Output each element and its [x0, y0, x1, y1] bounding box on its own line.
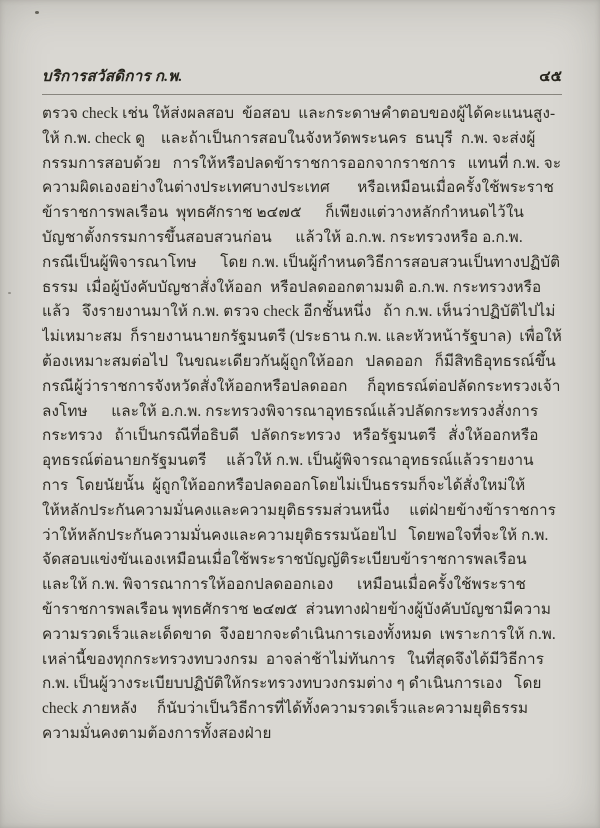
text-line: ต้องเหมาะสมต่อไป ในขณะเดียวกันผู้ถูกให้อ… — [42, 350, 564, 375]
running-head-title: บริการสวัสดิการ ก.พ. — [42, 64, 183, 88]
text-line: แล้ว จึงรายงานมาให้ ก.พ. ตรวจ check อีกช… — [42, 300, 564, 325]
scanned-book-page: บริการสวัสดิการ ก.พ. ๔๕ ตรวจ check เช่น … — [0, 0, 600, 828]
text-line: ก.พ. เป็นผู้วางระเบียบปฏิบัติให้กระทรวงท… — [42, 672, 564, 697]
text-line: ความมั่นคงตามต้องการทั้งสองฝ่าย — [42, 722, 564, 747]
scan-speck — [35, 11, 39, 14]
text-line: อุทธรณ์ต่อนายกรัฐมนตรี แล้วให้ ก.พ. เป็น… — [42, 449, 564, 474]
text-line: ให้ ก.พ. check ดู และถ้าเป็นการสอบในจังห… — [42, 127, 564, 152]
text-line: การ โดยนัยนั้น ผู้ถูกให้ออกหรือปลดออกโดย… — [42, 474, 564, 499]
text-line: ความรวดเร็วและเด็ดขาด จึงอยากจะดำเนินการ… — [42, 623, 564, 648]
text-line: ลงโทษ และให้ อ.ก.พ. กระทรวงพิจารณาอุทธรณ… — [42, 400, 564, 425]
text-line: ให้หลักประกันความมั่นคงและความยุติธรรมส่… — [42, 499, 564, 524]
scan-speck — [8, 292, 11, 294]
text-line: กรรมการสอบด้วย การให้หรือปลดข้าราชการออก… — [42, 152, 564, 177]
text-line: และให้ ก.พ. พิจารณาการให้ออกปลดออกเอง เห… — [42, 573, 564, 598]
page-number: ๔๕ — [539, 64, 562, 88]
text-line: check ภายหลัง ก็นับว่าเป็นวิธีการที่ได้ท… — [42, 697, 564, 722]
text-line: บัญชาตั้งกรรมการขึ้นสอบสวนก่อน แล้วให้ อ… — [42, 226, 564, 251]
text-line: เหล่านี้ของทุกกระทรวงทบวงกรม อาจล่าช้าไม… — [42, 648, 564, 673]
text-line: ว่าให้หลักประกันความมั่นคงและความยุติธรร… — [42, 524, 564, 549]
text-line: กระทรวง ถ้าเป็นกรณีที่อธิบดี ปลัดกระทรวง… — [42, 424, 564, 449]
text-line: ตรวจ check เช่น ให้ส่งผลสอบ ข้อสอบ และกร… — [42, 102, 564, 127]
text-line: จัดสอบแข่งขันเองเหมือนเมื่อใช้พระราชบัญญ… — [42, 548, 564, 573]
text-line: กรณีเป็นผู้พิจารณาโทษ โดย ก.พ. เป็นผู้กำ… — [42, 251, 564, 276]
text-line: ความผิดเองอย่างในต่างประเทศบางประเทศ หรื… — [42, 176, 564, 201]
text-line: ข้าราชการพลเรือน พุทธศักราช ๒๔๗๕ ส่วนทาง… — [42, 598, 564, 623]
text-line: ข้าราชการพลเรือน พุทธศักราช ๒๔๗๕ ก็เพียง… — [42, 201, 564, 226]
page-header: บริการสวัสดิการ ก.พ. ๔๕ — [42, 58, 562, 95]
body-text: ตรวจ check เช่น ให้ส่งผลสอบ ข้อสอบ และกร… — [42, 102, 564, 747]
text-line: ธรรม เมื่อผู้บังคับบัญชาสั่งให้ออก หรือป… — [42, 276, 564, 301]
text-line: ไม่เหมาะสม ก็รายงานนายกรัฐมนตรี (ประธาน … — [42, 325, 564, 350]
text-line: กรณีผู้ว่าราชการจังหวัดสั่งให้ออกหรือปลด… — [42, 375, 564, 400]
